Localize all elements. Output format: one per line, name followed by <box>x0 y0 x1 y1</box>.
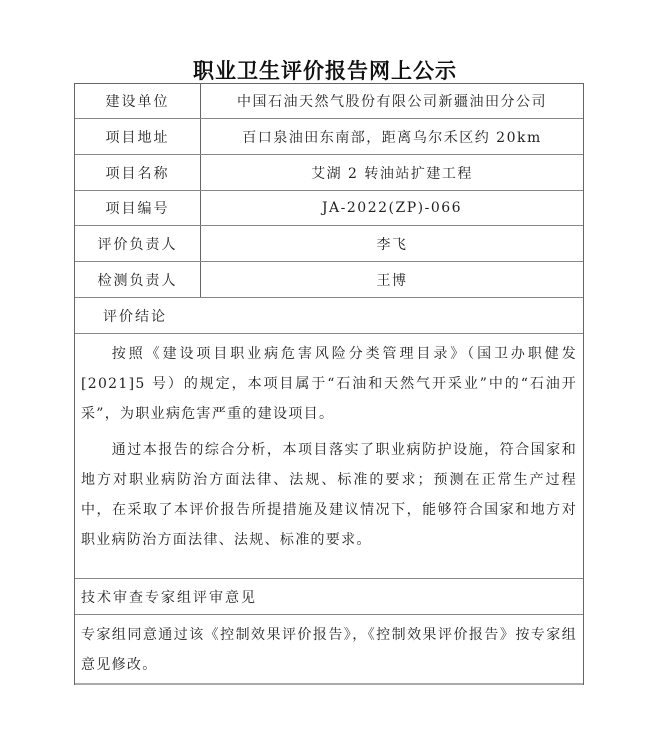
table-row-evaluation-lead: 评价负责人 李飞 <box>75 225 583 261</box>
field-label: 检测负责人 <box>75 262 201 297</box>
field-label: 建设单位 <box>75 84 201 118</box>
conclusion-paragraph: 通过本报告的综合分析，本项目落实了职业病防护设施，符合国家和地方对职业病防治方面… <box>75 435 583 555</box>
page-title: 职业卫生评价报告网上公示 <box>0 55 650 85</box>
conclusion-body: 按照《建设项目职业病危害风险分类管理目录》（国卫办职健发[2021]5 号）的规… <box>75 333 583 578</box>
field-label: 项目地址 <box>75 119 201 154</box>
table-row-project-number: 项目编号 JA-2022(ZP)-066 <box>75 190 583 225</box>
field-value: 王博 <box>201 262 583 297</box>
table-row-construction-unit: 建设单位 中国石油天然气股份有限公司新疆油田分公司 <box>75 83 583 118</box>
field-value: 百口泉油田东南部，距离乌尔禾区约 20km <box>201 119 583 154</box>
field-value: 艾湖 2 转油站扩建工程 <box>201 155 583 190</box>
conclusion-paragraph: 按照《建设项目职业病危害风险分类管理目录》（国卫办职健发[2021]5 号）的规… <box>75 339 583 429</box>
review-body: 专家组同意通过该《控制效果评价报告》，《控制效果评价报告》按专家组意见修改。 <box>75 614 583 685</box>
table-row-project-name: 项目名称 艾湖 2 转油站扩建工程 <box>75 154 583 190</box>
field-value: 李飞 <box>201 226 583 261</box>
conclusion-heading: 评价结论 <box>75 298 167 333</box>
conclusion-heading-row: 评价结论 <box>75 297 583 333</box>
review-text: 专家组同意通过该《控制效果评价报告》，《控制效果评价报告》按专家组意见修改。 <box>75 620 583 680</box>
field-label: 评价负责人 <box>75 226 201 261</box>
table-row-project-address: 项目地址 百口泉油田东南部，距离乌尔禾区约 20km <box>75 118 583 154</box>
field-value: 中国石油天然气股份有限公司新疆油田分公司 <box>201 84 583 118</box>
field-label: 项目编号 <box>75 191 201 225</box>
review-heading-row: 技术审查专家组评审意见 <box>75 578 583 614</box>
table-row-testing-lead: 检测负责人 王博 <box>75 261 583 297</box>
review-heading: 技术审查专家组评审意见 <box>75 579 257 614</box>
table-bottom-border <box>75 683 583 685</box>
disclosure-table: 建设单位 中国石油天然气股份有限公司新疆油田分公司 项目地址 百口泉油田东南部，… <box>74 83 584 685</box>
field-value: JA-2022(ZP)-066 <box>201 191 583 225</box>
field-label: 项目名称 <box>75 155 201 190</box>
